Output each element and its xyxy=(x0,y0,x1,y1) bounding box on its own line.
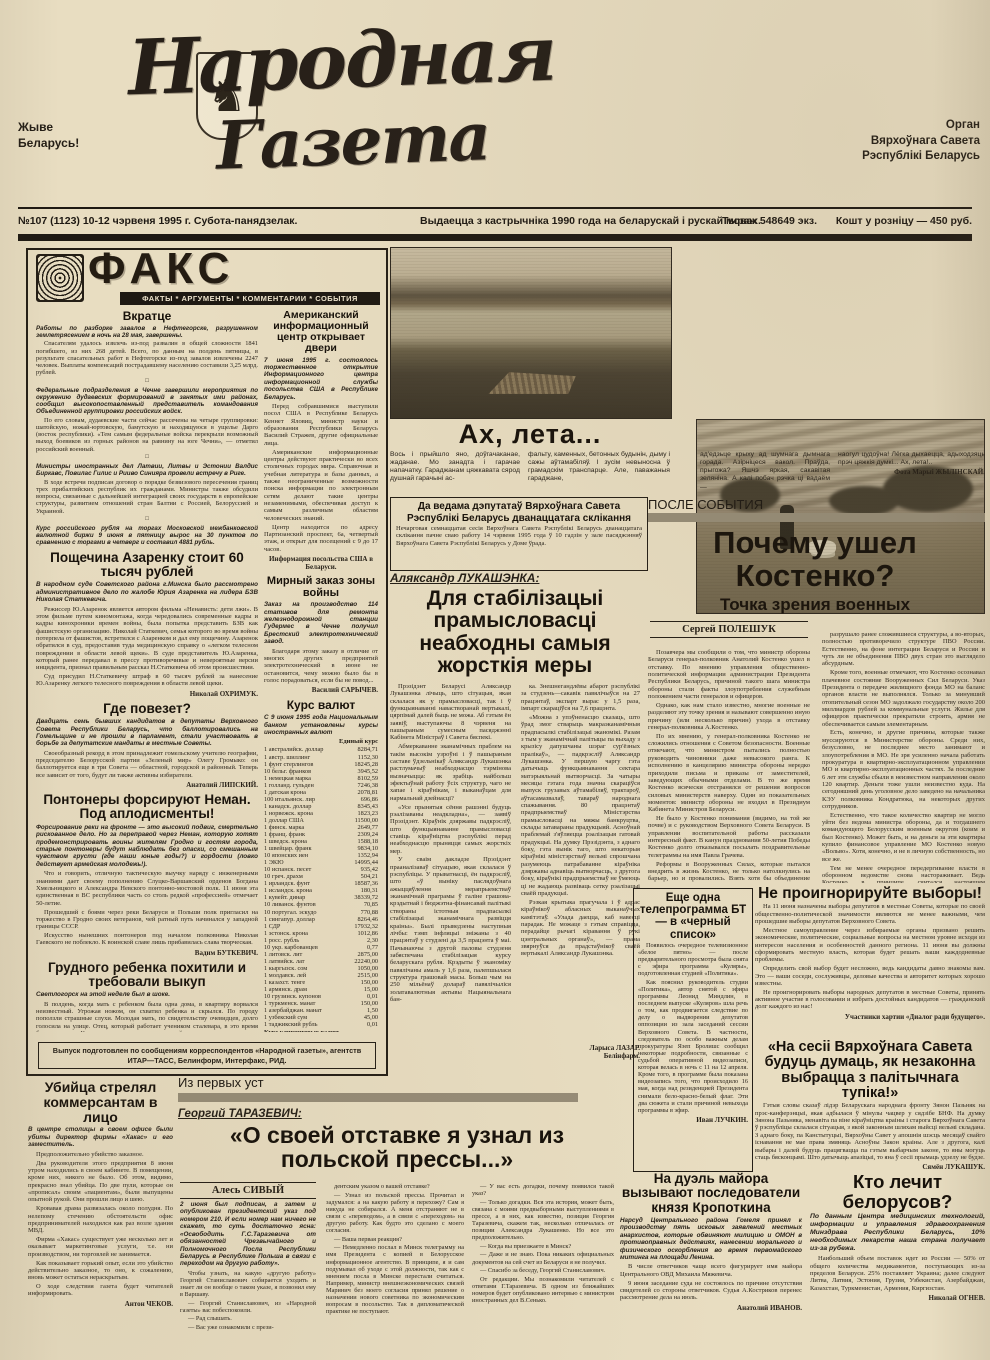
elections-body: На 11 июня назначены выборы депутатов в … xyxy=(755,903,985,1010)
currency-row: 1 исландск. крона180,31 xyxy=(264,887,378,894)
killer-lead: В центре столицы в своем офисе были убит… xyxy=(28,1126,173,1148)
currency-row: 1 азербайджан. манат1,50 xyxy=(264,1007,378,1014)
brief-separator-icon: □ xyxy=(36,453,258,461)
vkrattse-title: Вкратце xyxy=(36,310,258,323)
tv-title: Еще одна телепрограмма БТ — в «черный сп… xyxy=(638,892,748,941)
tv-sign: Иван ЛУЧКИН. xyxy=(638,1116,748,1124)
currency-row: 1 норвежск. крона1823,23 xyxy=(264,810,378,817)
currency-row: 1 ЭКЮ14995,44 xyxy=(264,859,378,866)
faks-tagline: ФАКТЫ * АРГУМЕНТЫ * КОММЕНТАРИИ * СОБЫТИ… xyxy=(120,292,380,305)
duel-article: На дуэль майора вызывают последователи к… xyxy=(620,1172,802,1352)
ponton-title: Понтонеры форсируют Неман. Под аплодисме… xyxy=(36,793,258,822)
duel-sign: Анатолий ИВАНОВ. xyxy=(620,1304,802,1312)
currency-row: 1 шведск. крона1588,18 xyxy=(264,838,378,845)
povezet-sign: Анатолий ЛИПСКИЙ. xyxy=(36,781,258,789)
currency-row: 1 финск. марка2649,77 xyxy=(264,824,378,831)
pazniak-title: «На сесіі Вярхоўнага Савета будуць думац… xyxy=(755,1040,985,1101)
currency-row: 1 узбекский сум45,00 xyxy=(264,1014,378,1021)
kostenko-col-1: Позавчера мы сообщили о том, что министр… xyxy=(648,648,810,883)
currency-row: 1 казахст. тенге150,00 xyxy=(264,979,378,986)
currency-row: 1 эстонск. крона1012,86 xyxy=(264,930,378,937)
news-brief: Министры иностранных дел Латвии, Литвы и… xyxy=(36,463,258,523)
masthead-slogan: Жыве Беларусь! xyxy=(18,120,113,151)
currency-row: 10 укр. карбованцев0,77 xyxy=(264,944,378,951)
currency-row: 10 греч. драхм504,21 xyxy=(264,873,378,880)
killer-body: Предположительно убийство заказное.Два р… xyxy=(28,1151,173,1298)
currency-row: 1 немецкая марка8102,59 xyxy=(264,775,378,782)
ponton-sign: Вадим БУТКЕВИЧ. xyxy=(36,949,258,957)
doctors-body: Наибольший объем поставок идет из России… xyxy=(810,1255,985,1292)
currency-row: 1 кыргызск. сом1050,00 xyxy=(264,965,378,972)
kostenko-byline: Сергей ПОЛЕШУК xyxy=(650,621,808,638)
news-brief: Курс российского рубля на торгах Московс… xyxy=(36,525,258,547)
pazniak-sign: Сямён ЛУКАШУК. xyxy=(755,1163,985,1170)
kurs-clearing-title: Курс клиринговых валют xyxy=(264,1029,378,1032)
pazniak-article: «На сесіі Вярхоўнага Савета будуць думац… xyxy=(755,1040,985,1170)
dateline-bar xyxy=(18,234,972,241)
us-center-sign: Информация посольства США в Беларуси. xyxy=(264,555,378,571)
povezet-lead: Двадцать семь бывших кандидатов в депута… xyxy=(36,718,258,748)
doctors-lead: По данным Центра медицинских технологий,… xyxy=(810,1213,985,1253)
luka-title: Для стабілізацыі прамысловасці неабходны… xyxy=(390,588,640,677)
kostenko-title: Почему ушел Костенко? xyxy=(645,527,985,593)
us-center-body: Перед собравшимися выступили посол США в… xyxy=(264,403,378,553)
doctors-title: Кто лечит белорусов? xyxy=(810,1172,985,1211)
elections-article: Не проигнорируйте выборы! На 11 июня наз… xyxy=(755,886,985,1036)
tv-body: Появилось очередное телевизионное «белое… xyxy=(638,942,748,1114)
masthead-organ: Орган Вярхоўнага Савета Рэспублікі Белар… xyxy=(830,118,980,165)
doctors-sign: Николай ОГНЕВ. xyxy=(810,1294,985,1302)
currency-row: 1 голланд. гульден7246,38 xyxy=(264,782,378,789)
luka-kicker: Аляксандр ЛУКАШЭНКА: xyxy=(390,571,539,585)
photo-lake-village xyxy=(390,247,672,419)
killer-title: Убийца стрелял коммерсантам в лицо xyxy=(28,1080,173,1124)
azaren-body: Режиссер Ю.Азаренок является автором фил… xyxy=(36,606,258,688)
interview-col-1: Алесь СИВЫЙ 2 июня был подписан, а затем… xyxy=(180,1182,316,1354)
killer-sign: Антон ЧЕКОВ. xyxy=(28,1300,173,1308)
currency-row: 1 латвийск. лат22240,00 xyxy=(264,958,378,965)
deputies-notice: Да ведама дэпутатаў Вярхоўнага Савета Рэ… xyxy=(390,497,648,571)
masthead-title-bottom: Газета xyxy=(215,97,491,184)
faks-section: ФАКС ФАКТЫ * АРГУМЕНТЫ * КОММЕНТАРИИ * С… xyxy=(26,248,388,1076)
faks-main-column: Вкратце Работы по разборке завалов в Неф… xyxy=(36,310,258,1032)
killer-article: Убийца стрелял коммерсантам в лицо В цен… xyxy=(28,1080,173,1340)
interview-kicker-bar xyxy=(178,1093,578,1102)
deputies-body: Нечарговая семнаццатая сесія Вярхоўнага … xyxy=(396,525,642,547)
currency-row: 1 доллар США11500,00 xyxy=(264,817,378,824)
kostenko-subtitle: Точка зрения военных xyxy=(645,596,985,614)
currency-row: 1 СДР17932,32 xyxy=(264,923,378,930)
leto-caption-3: ад'едзьце крыху ад шумнага дымнага горад… xyxy=(700,451,830,492)
povezet-title: Где повезет? xyxy=(36,702,258,716)
deputies-title: Да ведама дэпутатаў Вярхоўнага Савета Рэ… xyxy=(396,501,642,524)
azaren-lead: В народном суде Советского района г.Минс… xyxy=(36,581,258,603)
currency-row: 10 бельг. франков3945,52 xyxy=(264,768,378,775)
currency-row: 1 австралийск. доллар8284,71 xyxy=(264,746,378,753)
kostenko-kicker-bar xyxy=(648,513,985,522)
kurs-col-header: Единый курс xyxy=(264,738,378,745)
retail-price: Кошт у розніцу — 450 руб. xyxy=(836,215,972,227)
roof-shape xyxy=(481,372,576,394)
leto-title: Ах, лета... xyxy=(390,420,670,449)
currency-row: 1 таджикский рубль0,01 xyxy=(264,1021,378,1028)
ponton-body: Что и говорить, отличную тактическую выу… xyxy=(36,870,258,946)
ponton-lead: Форсирование реки на фронте — это высоки… xyxy=(36,824,258,869)
fax-spiral-icon xyxy=(36,254,84,302)
news-brief: Работы по разборке завалов в Нефтегорске… xyxy=(36,325,258,385)
leto-caption-2: фальту, каменных, бетонных будынін, дыму… xyxy=(528,451,670,484)
peace-title: Мирный заказ зоны войны xyxy=(264,576,378,599)
masthead-title-top: Народная xyxy=(127,9,557,113)
duel-title: На дуэль майора вызывают последователи к… xyxy=(620,1172,802,1215)
leto-caption-1: Вось і прыйшло яно, доўгачаканае, жадана… xyxy=(390,451,520,484)
peace-body: Благодаря этому заказу в отличие от мног… xyxy=(264,648,378,685)
currency-row: 100 итальянск. лир696,86 xyxy=(264,796,378,803)
azaren-sign: Николай ОХРИМУК. xyxy=(36,690,258,698)
interview-col-3: — У вас есть догадки, почему появился та… xyxy=(472,1182,614,1354)
currency-table: 1 австралийск. доллар8284,71 1 австр. ши… xyxy=(264,746,378,1028)
brief-separator-icon: □ xyxy=(36,515,258,523)
azaren-title: Пощечина Азаренку стоит 60 тысяч рублей xyxy=(36,551,258,580)
dateline-rule xyxy=(18,207,972,209)
currency-row: 1 швейцар. франк9834,10 xyxy=(264,845,378,852)
povezet-body: Своеобразный рекорд в этом принадлежит г… xyxy=(36,750,258,779)
currency-row: 1 туркменск. манат150,00 xyxy=(264,1000,378,1007)
photo-credit: Фота Марыі ЖЫЛІНСКАЙ. xyxy=(838,468,985,476)
interview-kicker: Из первых уст xyxy=(178,1075,264,1090)
us-center-lead: 7 июня 1995 г. состоялось торжественное … xyxy=(264,357,378,402)
currency-row: 1 сингапур. доллар8264,46 xyxy=(264,916,378,923)
kostenko-kicker: ПОСЛЕ СОБЫТИЯ xyxy=(648,497,763,512)
interview-title: «О своей отставке я узнал из польской пр… xyxy=(178,1123,616,1172)
kostenko-col-2: разрушало ранее сложившиеся структуры, а… xyxy=(822,630,985,883)
faks-credits-box: Выпуск подготовлен по сообщениям корресп… xyxy=(38,1042,376,1069)
interview-name: Георгий ТАРАЗЕВИЧ: xyxy=(178,1108,302,1120)
luka-col-1: Прэзідэнт Беларусі Аляксандр Лукашэнка л… xyxy=(390,682,511,1046)
vykup-title: Грудного ребенка похитили и требовали вы… xyxy=(36,961,258,990)
elections-sign: Участники хартии «Диалог ради будущего». xyxy=(755,1013,985,1021)
currency-row: 1 ирландск. фунт18587,36 xyxy=(264,880,378,887)
pazniak-body: Гэтыя словы сказаў лідэр Беларускага нар… xyxy=(755,1102,985,1161)
currency-row: 1 датская крона2078,81 xyxy=(264,789,378,796)
leto-caption-4: наогул цудоўна! Лёгка дыхаецца, адыходзя… xyxy=(838,451,985,477)
currency-row: 1 литовск. лит2875,00 xyxy=(264,951,378,958)
peace-sign: Василий САРЫЧЕВ. xyxy=(264,686,378,694)
currency-row: 1 молдавск. лей2515,00 xyxy=(264,972,378,979)
interview-col-2: дентским указом о вашей отставке?— Узнал… xyxy=(326,1182,464,1354)
faks-side-column: Американский информационный центр открыв… xyxy=(264,310,378,1032)
currency-row: 1 австр. шиллинг1152,30 xyxy=(264,754,378,761)
circulation: Тыраж 548649 экз. xyxy=(722,215,817,227)
vykup-body: В полдень, когда мать с ребенком была од… xyxy=(36,1001,258,1032)
currency-row: 1 канадск. доллар8345,43 xyxy=(264,803,378,810)
us-center-title: Американский информационный центр открыв… xyxy=(264,310,378,355)
luka-col-2: ка. Знешнегандлёвы абарот рэспублікі за … xyxy=(521,682,640,1042)
currency-row: 1 франц. франк2309,24 xyxy=(264,831,378,838)
currency-row: 10 японских иен1352,94 xyxy=(264,852,378,859)
faks-logo: ФАКС xyxy=(88,244,234,294)
doctors-article: Кто лечит белорусов? По данным Центра ме… xyxy=(810,1172,985,1352)
news-brief: Федеральные подразделения в Чечне заверш… xyxy=(36,387,258,461)
interview-byline: Алесь СИВЫЙ xyxy=(180,1182,316,1199)
issue-number: №107 (1123) 10-12 чэрвеня 1995 г. Субота… xyxy=(18,215,297,227)
duel-body: В числе ответчиков чаще всего фигурирует… xyxy=(620,1263,802,1301)
elections-title: Не проигнорируйте выборы! xyxy=(755,886,985,902)
newspaper-front-page: ♞ Жыве Беларусь! Народная Газета Орган В… xyxy=(0,0,990,1360)
currency-row: 1 фунт стерлингов18245,28 xyxy=(264,761,378,768)
kurs-title: Курс валют xyxy=(264,699,378,712)
vykup-lead: Светлогорск на этой неделе был в шоке. xyxy=(36,991,258,998)
publication-info: Выдаецца з кастрычніка 1990 года на бела… xyxy=(420,215,761,227)
luka-sign: Ларыса ЛАЗАР. Белінфарм. xyxy=(521,1044,640,1060)
brief-separator-icon: □ xyxy=(36,377,258,385)
vkrattse-list: Работы по разборке завалов в Нефтегорске… xyxy=(36,325,258,547)
interview-lead: 2 июня был подписан, а затем и опубликов… xyxy=(180,1201,316,1268)
peace-lead: Заказ на производство 114 стативов для р… xyxy=(264,601,378,646)
tree-shape xyxy=(829,486,899,516)
currency-row: 10 испанск. песет935,42 xyxy=(264,866,378,873)
duel-lead: Нарсуд Центрального района Гомеля принял… xyxy=(620,1217,802,1262)
currency-row: 1 армянск. драм15,00 xyxy=(264,986,378,993)
kurs-lead: С 9 июня 1995 года Национальным банком у… xyxy=(264,714,378,736)
currency-row: 10 грузинск. купонов0,01 xyxy=(264,993,378,1000)
tv-blacklist-article: Еще одна телепрограмма БТ — в «черный сп… xyxy=(633,888,753,1172)
currency-row: 10 португал. эскудо770,88 xyxy=(264,909,378,916)
currency-row: 10 ливанск. фунтов70,85 xyxy=(264,901,378,908)
currency-row: 1 кувейт. динар38339,72 xyxy=(264,894,378,901)
currency-row: 1 росс. рубль2,30 xyxy=(264,937,378,944)
